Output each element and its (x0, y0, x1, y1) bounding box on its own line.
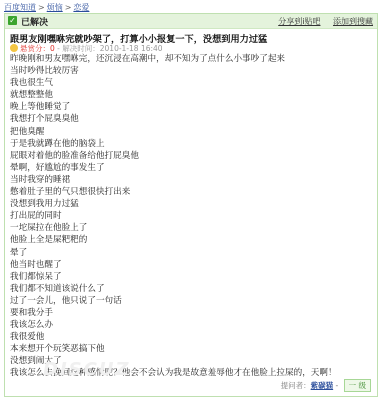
body-line: 昨晚刚和男友嘿咻完，还沉浸在高潮中，却不知为了点什么小事吵了起来 (10, 53, 371, 65)
body-line: 晕啊，好尴尬的事发生了 (10, 162, 371, 174)
panel-header: ✓ 已解决 分享到i贴吧 添加到搜藏 (5, 14, 377, 29)
body-line: 晚上等他睡觉了 (10, 101, 371, 113)
check-icon: ✓ (8, 16, 17, 25)
body-line: 我们都惊呆了 (10, 271, 371, 283)
body-line: 我该怎么办 (10, 319, 371, 331)
breadcrumb-separator: > (65, 3, 72, 12)
body-line: 我很爱他 (10, 331, 371, 343)
asker-info: 提问者：紫碳猫 - 一 级 (281, 379, 371, 392)
asker-label: 提问者： (281, 381, 311, 390)
breadcrumb-link-baidu-zhidao[interactable]: 百度知道 (4, 3, 36, 12)
breadcrumb: 百度知道>烦恼>恋爱 (4, 2, 89, 13)
asker-name-link[interactable]: 紫碳猫 (311, 381, 334, 390)
watermark: DISCUZ (43, 359, 130, 380)
breadcrumb-link-trouble[interactable]: 烦恼 (47, 3, 63, 12)
body-line: 憋着肚子里的气只想很快打出来 (10, 186, 371, 198)
footer-separator: - (333, 381, 340, 390)
body-line: 于是我就蹲在他的脑袋上 (10, 138, 371, 150)
body-line: 晕了 (10, 247, 371, 259)
question-body: 昨晚刚和男友嘿咻完，还沉浸在高潮中，却不知为了点什么小事吵了起来 当时吵得比较厉… (10, 53, 371, 380)
add-to-favorites-link[interactable]: 添加到搜藏 (333, 17, 373, 26)
body-line: 一坨屎拉在他脸上了 (10, 222, 371, 234)
breadcrumb-separator: > (38, 3, 45, 12)
body-line: 我们都不知道该说什么了 (10, 283, 371, 295)
body-line: 本来想开个玩笑恶搞下他 (10, 343, 371, 355)
body-line: 没想到我用力过猛 (10, 198, 371, 210)
body-line: 他当时也醒了 (10, 259, 371, 271)
question-panel: ✓ 已解决 分享到i贴吧 添加到搜藏 跟男友刚嘿咻完就吵架了，打算小小报复一下，… (4, 13, 378, 397)
body-line: 要和我分手 (10, 307, 371, 319)
body-line: 把他臭醒 (10, 126, 371, 138)
share-to-tieba-link[interactable]: 分享到i贴吧 (278, 17, 320, 26)
body-line: 过了一会儿，他只说了一句话 (10, 295, 371, 307)
header-links: 分享到i贴吧 添加到搜藏 (268, 16, 373, 27)
solved-time: - 解决时间：2010-1-18 16:40 (55, 44, 163, 53)
breadcrumb-link-love[interactable]: 恋爱 (73, 3, 89, 12)
user-level-badge: 一 级 (344, 379, 371, 392)
body-line: 打出屁的同时 (10, 210, 371, 222)
body-line: 我想打个屁臭臭他 (10, 113, 371, 125)
coin-icon (10, 44, 18, 52)
reward-score: 悬赏分：0 (20, 44, 55, 53)
status-label: 已解决 (21, 15, 48, 28)
body-line: 他脸上全是屎粑粑的 (10, 234, 371, 246)
body-line: 屁眼对着他的脸准备给他打屁臭他 (10, 150, 371, 162)
body-line: 我也很生气 (10, 77, 371, 89)
body-line: 当时吵得比较厉害 (10, 65, 371, 77)
body-line: 就想整整他 (10, 89, 371, 101)
body-line: 当时我穿的睡裙 (10, 174, 371, 186)
